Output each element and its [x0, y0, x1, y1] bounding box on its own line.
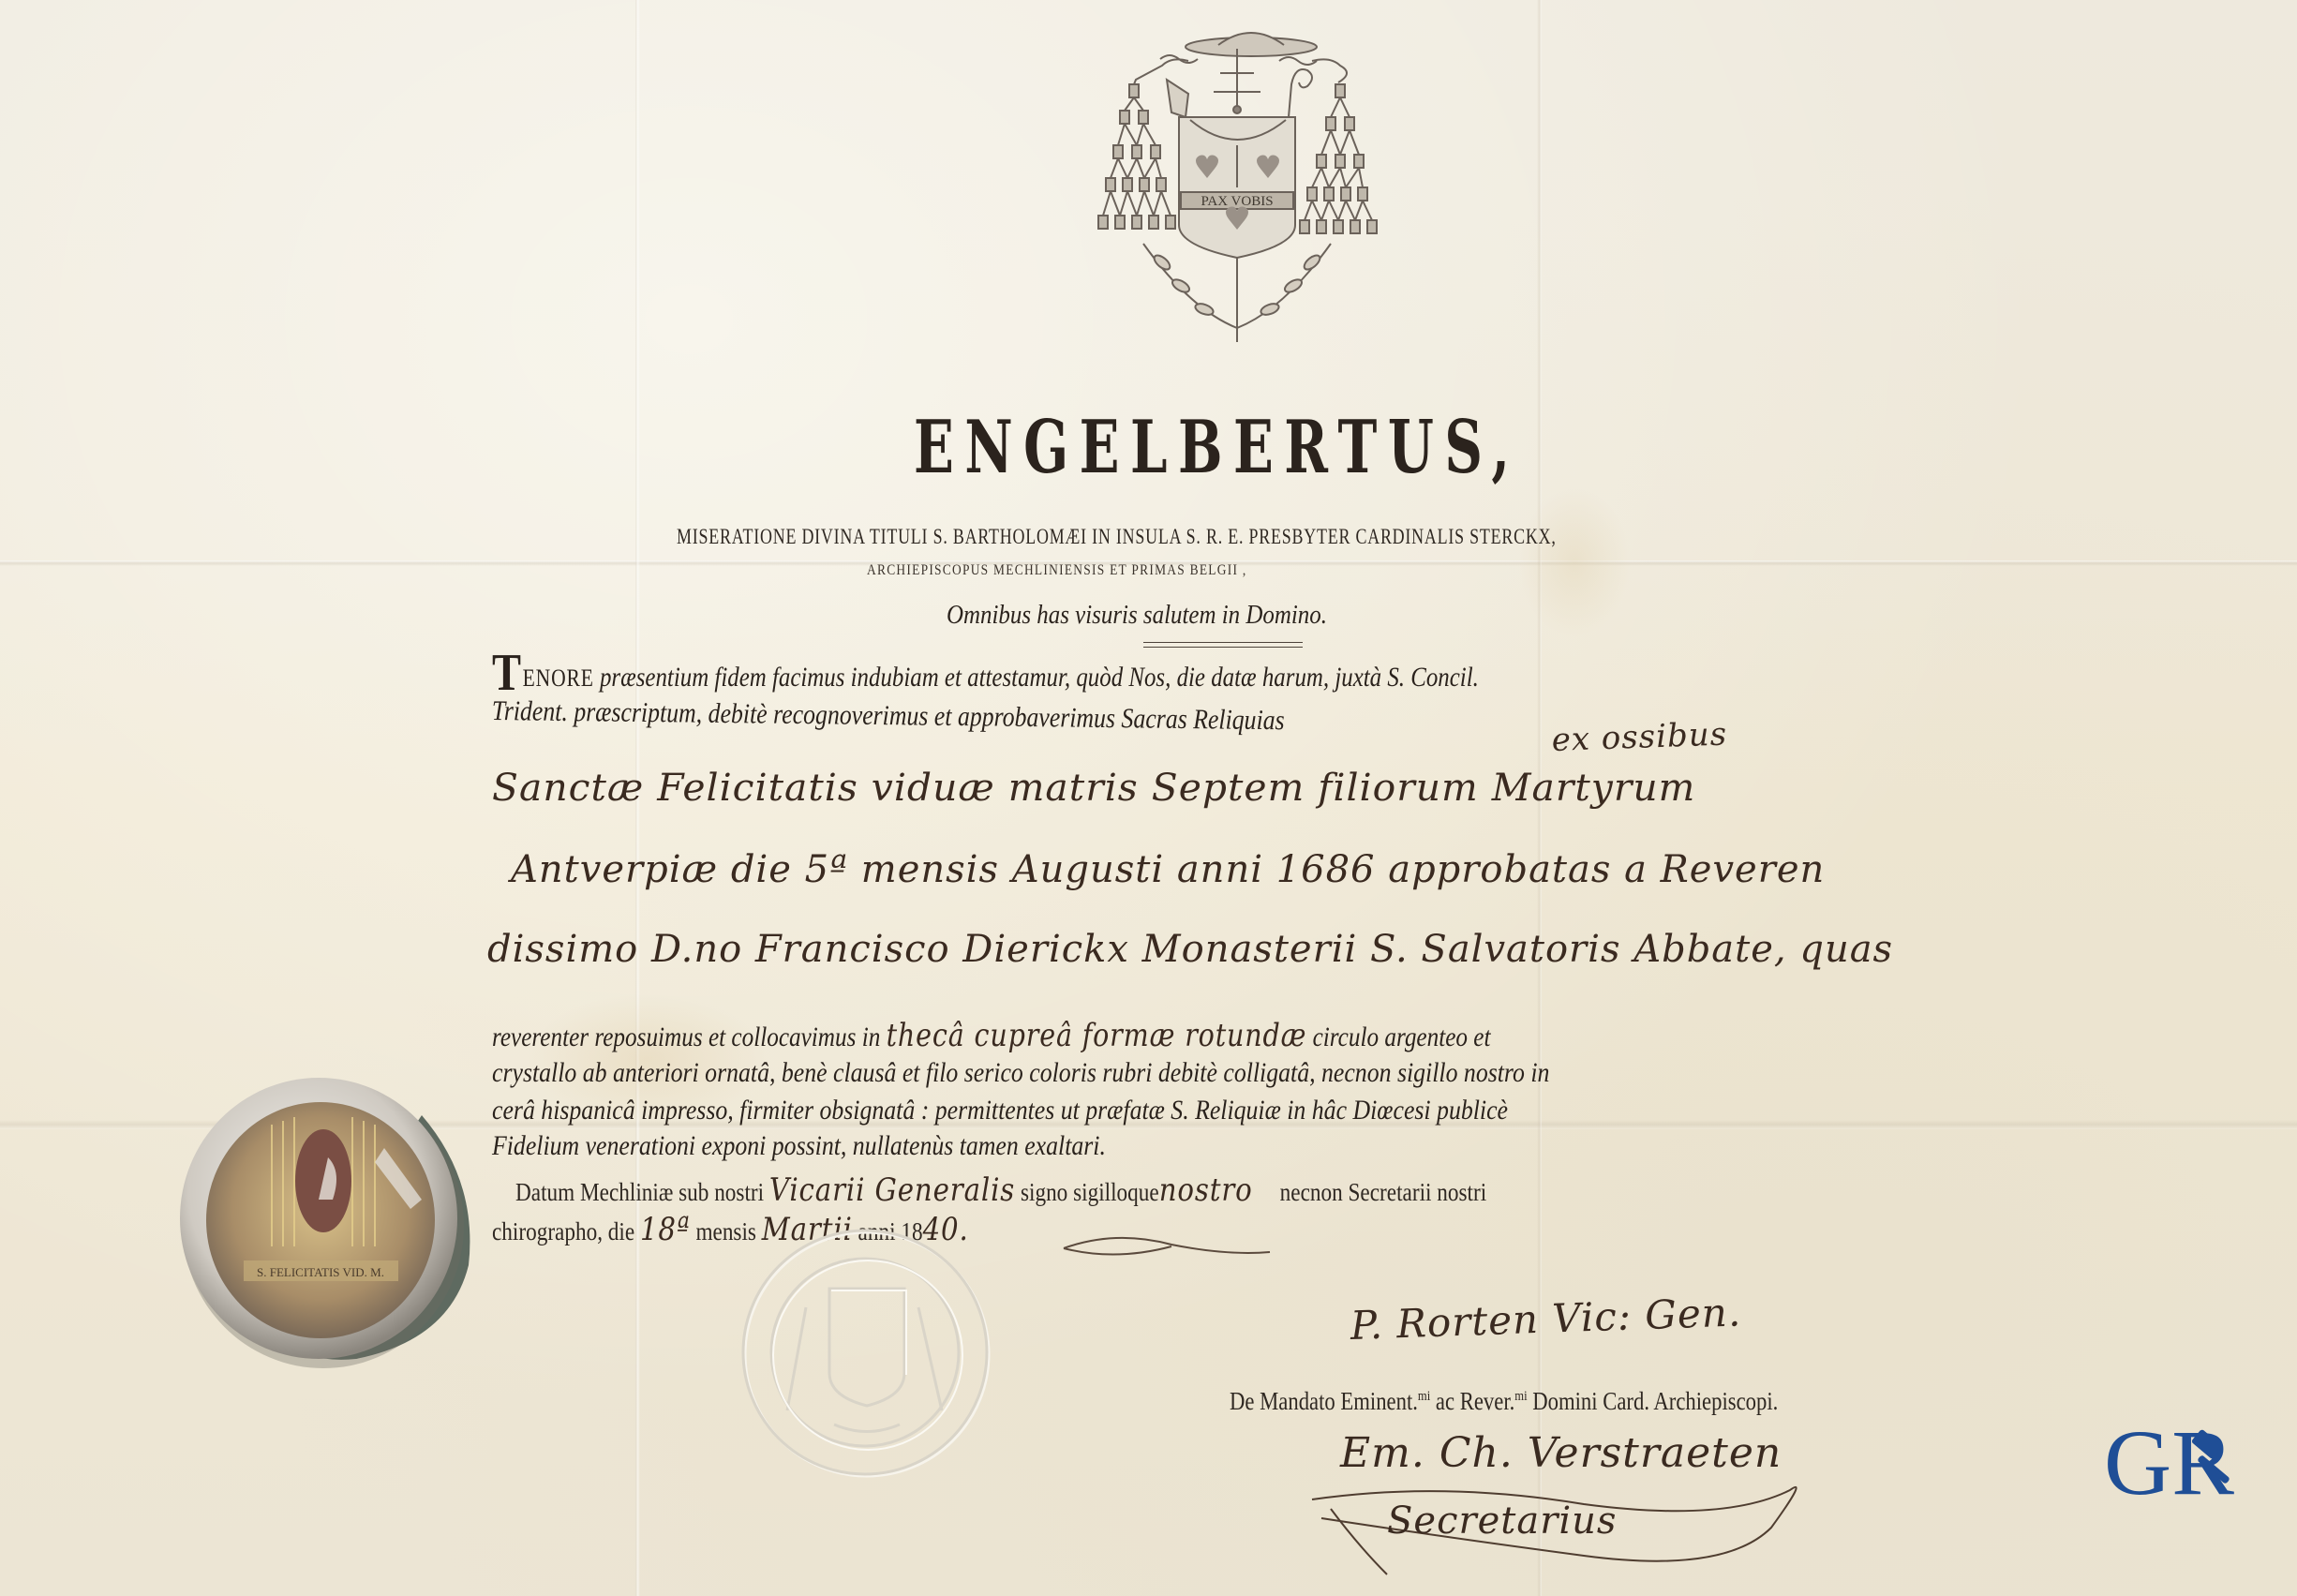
embossed-seal-icon [731, 1223, 1003, 1485]
body-line-3: reverenter reposuimus et collocavimus in… [492, 1017, 1491, 1054]
document-title: ENGELBERTUS, [914, 405, 1352, 490]
reliquary-theca-icon: S. FELICITATIS VID. M. [169, 1059, 506, 1378]
secretary-signature: Em. Ch. Verstraeten [1340, 1429, 1782, 1477]
watermark-logo: GR [2104, 1420, 2254, 1542]
handwritten-line-2: Antverpiæ die 5ª mensis Augusti anni 168… [511, 848, 1825, 891]
dating-line-1: Datum Mechliniæ sub nostri Vicarii Gener… [515, 1171, 1486, 1209]
dropcap: T [492, 644, 521, 702]
handwritten-insert-top: ex ossibus [1551, 715, 1728, 759]
salutation: Omnibus has visuris salutem in Domino. [947, 600, 1327, 631]
gavel-icon [2184, 1424, 2249, 1490]
flourish-icon [1059, 1228, 1275, 1265]
subtitle-line-2: ARCHIEPISCOPUS MECHLINIENSIS ET PRIMAS B… [867, 562, 1246, 579]
body-line-4: crystallo ab anteriori ornatâ, benè clau… [492, 1057, 1549, 1089]
coat-of-arms-icon: PAX VOBIS [1078, 28, 1453, 365]
reliquary-label: S. FELICITATIS VID. M. [257, 1265, 384, 1279]
mandate-line: De Mandato Eminent.mi ac Rever.mi Domini… [1230, 1387, 1778, 1416]
subtitle-line-1: MISERATIONE DIVINA TITULI S. BARTHOLOMÆI… [677, 525, 1557, 549]
handwritten-theca: thecâ cupreâ formæ rotundæ [887, 1017, 1307, 1054]
handwritten-line-1: Sanctæ Felicitatis viduæ matris Septem f… [492, 767, 1695, 810]
handwritten-line-3: dissimo D.no Francisco Dierickx Monaster… [487, 928, 1893, 971]
body-line-6: Fidelium venerationi exponi possint, nul… [492, 1130, 1106, 1162]
secretary-title: Secretarius [1387, 1499, 1617, 1543]
body-line-5: cerâ hispanicâ impresso, firmiter obsign… [492, 1095, 1508, 1126]
motto-text: PAX VOBIS [1201, 194, 1273, 209]
body-line-1: TENORE præsentium fidem facimus indubiam… [492, 647, 1479, 699]
